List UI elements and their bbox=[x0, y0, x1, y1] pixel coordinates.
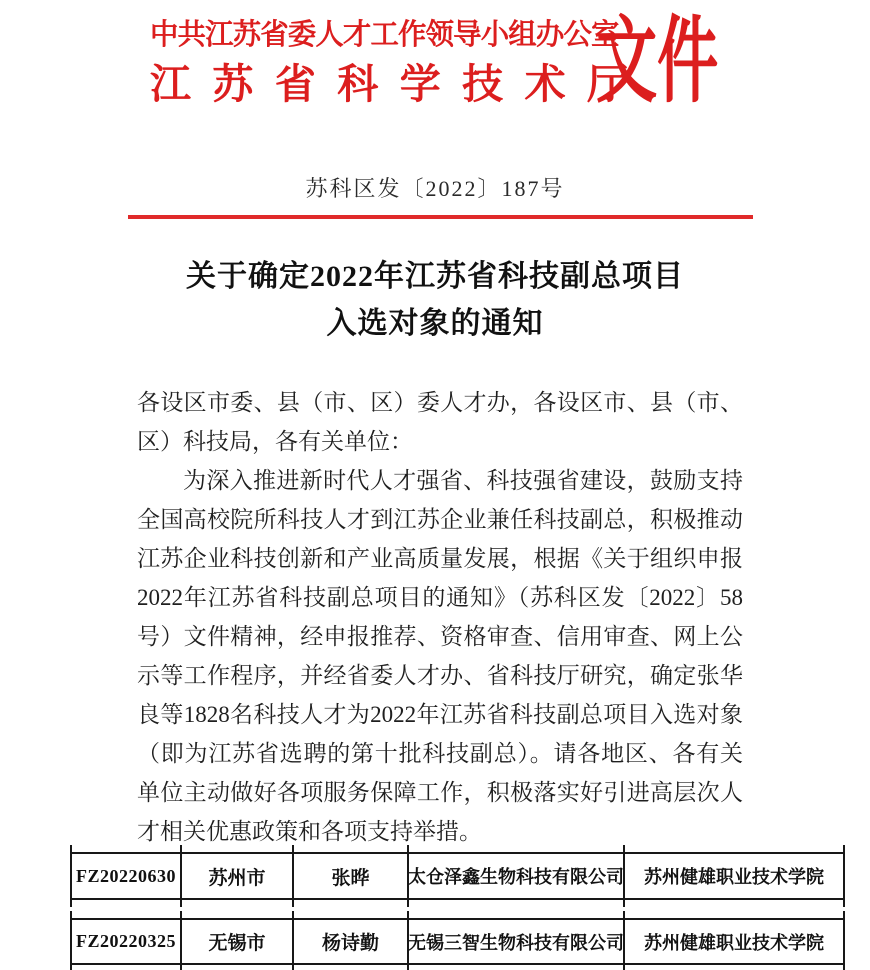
cell-school: 苏州健雄职业技术学院 bbox=[625, 920, 843, 963]
cell-school: 苏州健雄职业技术学院 bbox=[625, 854, 843, 898]
document-page: 中共江苏省委人才工作领导小组办公室 江苏省科学技术厅 文件 苏科区发〔2022〕… bbox=[0, 0, 870, 970]
issuing-org-primary: 中共江苏省委人才工作领导小组办公室 bbox=[150, 16, 618, 54]
cell-project-code: FZ20220630 bbox=[72, 854, 182, 898]
document-number: 苏科区发〔2022〕187号 bbox=[0, 172, 870, 203]
letterhead: 中共江苏省委人才工作领导小组办公室 江苏省科学技术厅 文件 bbox=[150, 16, 730, 108]
red-divider-line bbox=[128, 215, 753, 219]
table-row: FZ20220630 苏州市 张晔 太仓泽鑫生物科技有限公司 苏州健雄职业技术学… bbox=[70, 852, 845, 900]
table-row: FZ20220325 无锡市 杨诗勤 无锡三智生物科技有限公司 苏州健雄职业技术… bbox=[70, 918, 845, 965]
document-body: 各设区市委、县（市、区）委人才办，各设区市、县（市、区）科技局，各有关单位： 为… bbox=[137, 383, 743, 851]
cell-project-code: FZ20220325 bbox=[72, 920, 182, 963]
cell-city: 苏州市 bbox=[182, 854, 294, 898]
cell-person-name: 张晔 bbox=[294, 854, 409, 898]
cell-company: 无锡三智生物科技有限公司 bbox=[409, 920, 625, 963]
document-type-label: 文件 bbox=[596, 12, 718, 112]
main-paragraph: 为深入推进新时代人才强省、科技强省建设，鼓励支持全国高校院所科技人才到江苏企业兼… bbox=[137, 461, 743, 851]
document-title: 关于确定2022年江苏省科技副总项目 入选对象的通知 bbox=[0, 253, 870, 347]
document-title-line1: 关于确定2022年江苏省科技副总项目 bbox=[186, 260, 684, 293]
salutation: 各设区市委、县（市、区）委人才办，各设区市、县（市、区）科技局，各有关单位： bbox=[137, 383, 743, 461]
cell-company: 太仓泽鑫生物科技有限公司 bbox=[409, 854, 625, 898]
cell-city: 无锡市 bbox=[182, 920, 294, 963]
cell-person-name: 杨诗勤 bbox=[294, 920, 409, 963]
document-title-line2: 入选对象的通知 bbox=[327, 307, 544, 340]
issuing-org-secondary: 江苏省科学技术厅 bbox=[150, 60, 628, 108]
